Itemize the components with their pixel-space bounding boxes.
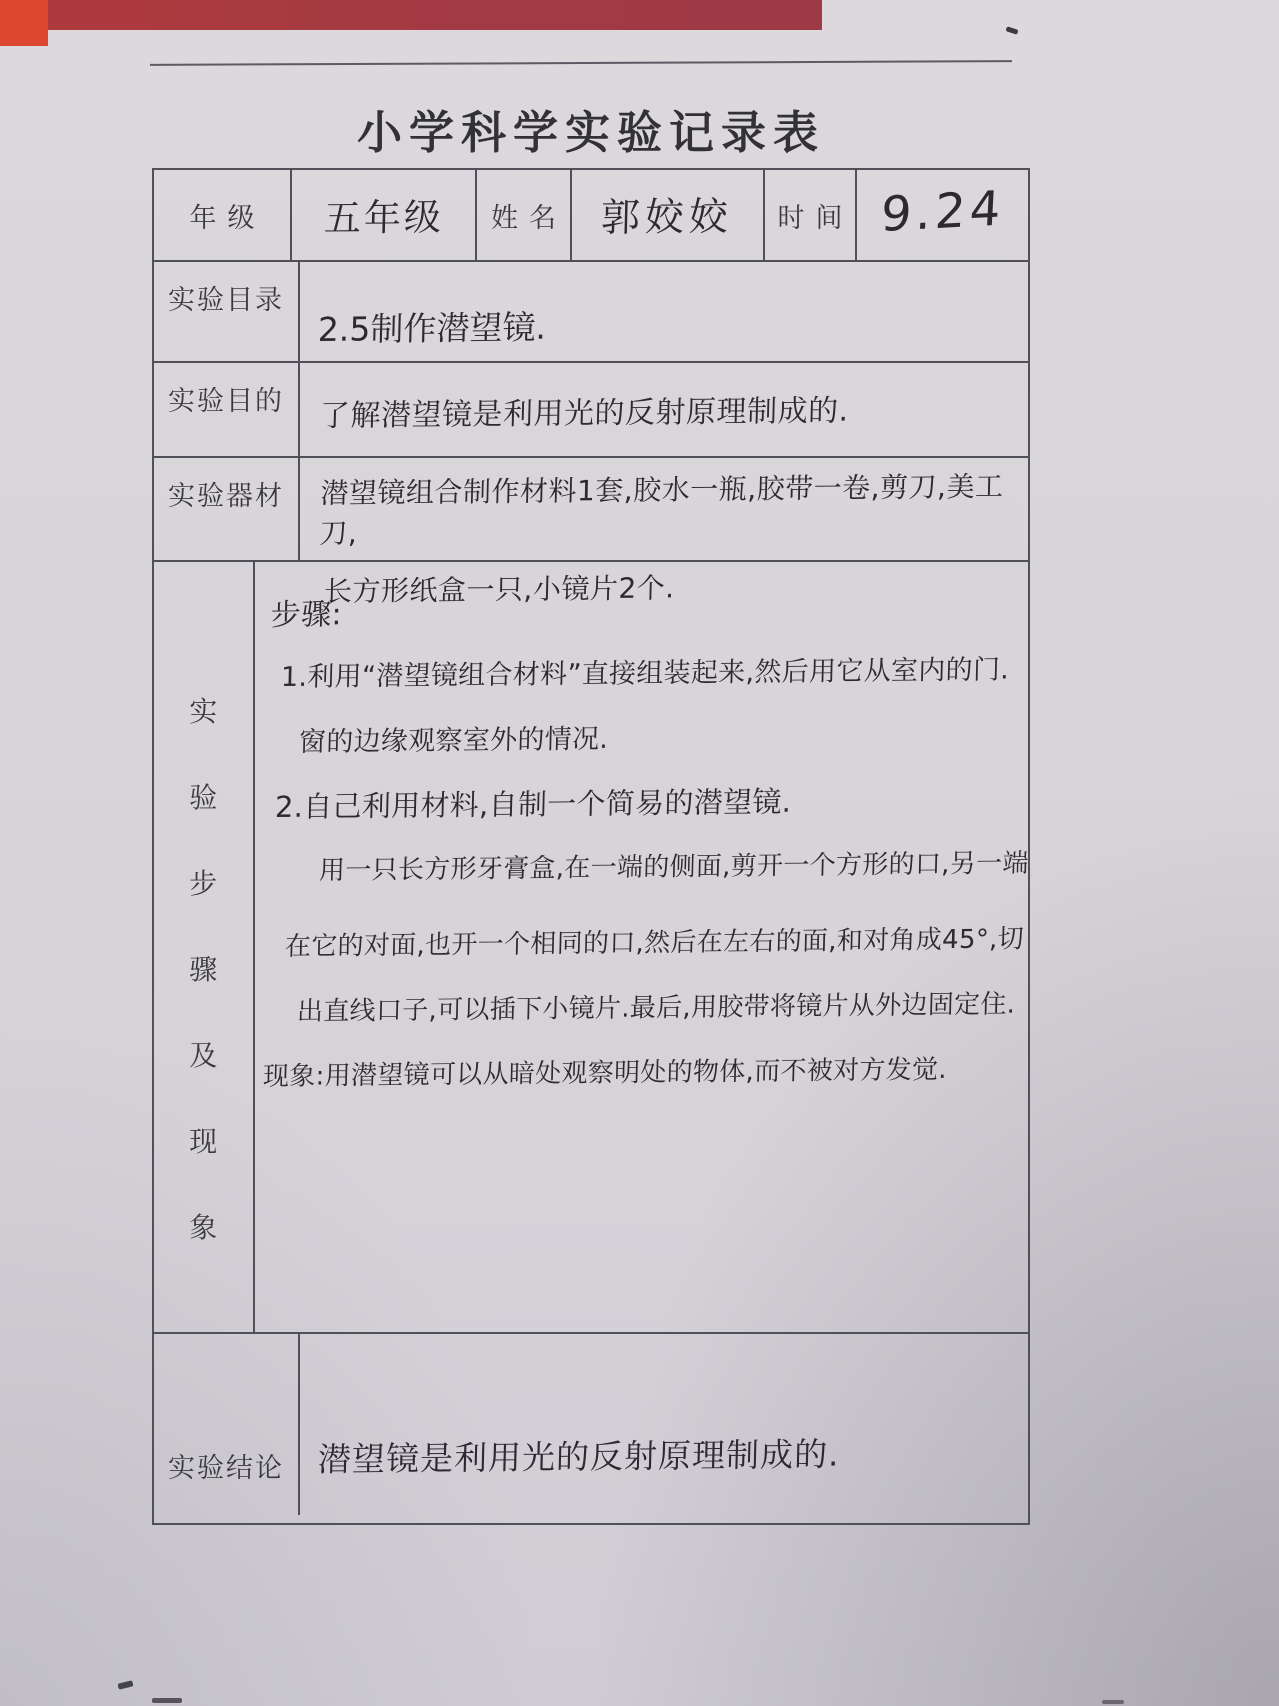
equipment-row: 实验器材 潜望镜组合制作材料1套,胶水一瓶,胶带一卷,剪刀,美工刀, 长方形纸盒… [154, 458, 1028, 562]
time-value-handwriting: 9.24 [880, 181, 1006, 243]
name-label-cell: 姓名 [477, 170, 572, 260]
steps-label-char-3: 步 [189, 862, 217, 902]
ink-mark-bottom-left-1 [117, 1680, 133, 1689]
ink-mark-bottom-right [1102, 1700, 1124, 1704]
page-title: 小学科学实验记录表 [152, 96, 1030, 161]
steps-line-4: 用一只长方形牙膏盒,在一端的侧面,剪开一个方形的口,另一端 [318, 843, 1029, 892]
grade-value-handwriting: 五年级 [323, 187, 444, 242]
purpose-label: 实验目的 [168, 379, 284, 456]
time-label: 时间 [767, 196, 854, 235]
steps-label-char-1: 实 [189, 690, 217, 730]
steps-line-3: 2.自己利用材料,自制一个简易的潜望镜. [274, 777, 1029, 827]
catalog-label: 实验目录 [168, 278, 284, 361]
purpose-handwriting: 了解潜望镜是利用光的反射原理制成的. [319, 384, 1028, 435]
steps-label-char-5: 及 [189, 1034, 217, 1074]
catalog-handwriting: 2.5制作潜望镜. [317, 297, 1028, 351]
grade-label: 年级 [179, 196, 266, 235]
catalog-content-cell: 2.5制作潜望镜. [300, 262, 1028, 361]
grade-value-cell: 五年级 [292, 170, 477, 260]
header-row: 年级 五年级 姓名 郭姣姣 时间 9.24 [154, 170, 1028, 262]
purpose-row: 实验目的 了解潜望镜是利用光的反射原理制成的. [154, 363, 1028, 458]
name-value-cell: 郭姣姣 [572, 170, 765, 260]
conclusion-row: 实验结论 潜望镜是利用光的反射原理制成的. [154, 1334, 1028, 1515]
steps-content-cell: 步骤: 1.利用“潜望镜组合材料”直接组装起来,然后用它从室内的门. 窗的边缘观… [255, 562, 1029, 1332]
steps-label-char-6: 现 [189, 1120, 217, 1160]
ink-mark-top-right [1006, 26, 1019, 34]
steps-row: 实 验 步 骤 及 现 象 步骤: 1.利用“潜望镜组合材料”直接组装起来,然后… [154, 562, 1028, 1334]
steps-heading-handwriting: 步骤: [270, 582, 1029, 632]
name-value-handwriting: 郭姣姣 [601, 186, 734, 243]
time-label-cell: 时间 [765, 170, 857, 260]
time-value-cell: 9.24 [857, 170, 1028, 260]
grade-label-cell: 年级 [154, 170, 292, 260]
steps-label-char-4: 骤 [189, 948, 217, 988]
red-tape-corner [0, 0, 48, 46]
conclusion-label: 实验结论 [168, 1446, 284, 1515]
steps-label-cell: 实 验 步 骤 及 现 象 [154, 562, 255, 1332]
steps-line-6: 出直线口子,可以插下小镜片.最后,用胶带将镜片从外边固定住. [296, 983, 1029, 1033]
purpose-content-cell: 了解潜望镜是利用光的反射原理制成的. [300, 363, 1028, 456]
equipment-line-1: 潜望镜组合制作材料1套,胶水一瓶,胶带一卷,剪刀,美工刀, [319, 465, 1029, 552]
conclusion-label-cell: 实验结论 [154, 1334, 300, 1515]
steps-label-char-7: 象 [189, 1206, 217, 1246]
steps-line-1: 1.利用“潜望镜组合材料”直接组装起来,然后用它从室内的门. [280, 647, 1029, 697]
ink-mark-bottom-left-2 [152, 1698, 182, 1703]
name-label: 姓名 [480, 196, 567, 235]
catalog-label-cell: 实验目录 [154, 262, 300, 361]
purpose-label-cell: 实验目的 [154, 363, 300, 456]
phenomena-line: 现象:用潜望镜可以从暗处观察明处的物体,而不被对方发觉. [262, 1048, 1029, 1098]
conclusion-handwriting: 潜望镜是利用光的反射原理制成的. [317, 1427, 1028, 1481]
page-top-rule [150, 60, 1012, 66]
conclusion-content-cell: 潜望镜是利用光的反射原理制成的. [300, 1334, 1028, 1515]
steps-line-5: 在它的对面,也开一个相同的口,然后在左右的面,和对角成45°,切 [284, 918, 1029, 968]
catalog-row: 实验目录 2.5制作潜望镜. [154, 262, 1028, 363]
experiment-record-table: 年级 五年级 姓名 郭姣姣 时间 9.24 实验目录 2.5制作潜望镜. 实验目… [152, 168, 1030, 1525]
equipment-label: 实验器材 [168, 474, 284, 560]
equipment-content-cell: 潜望镜组合制作材料1套,胶水一瓶,胶带一卷,剪刀,美工刀, 长方形纸盒一只,小镜… [300, 458, 1028, 560]
equipment-label-cell: 实验器材 [154, 458, 300, 560]
red-tape-strip [0, 0, 822, 30]
steps-label-char-2: 验 [189, 776, 217, 816]
steps-line-2: 窗的边缘观察室外的情况. [298, 712, 1029, 762]
